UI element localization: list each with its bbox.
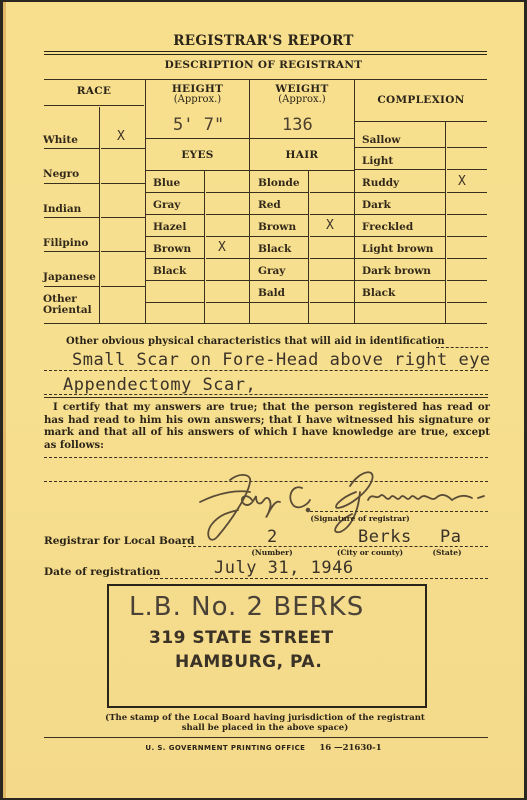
divider <box>355 236 445 237</box>
dotted-line <box>150 578 488 579</box>
race-negro-label: Negro <box>43 168 79 180</box>
complexion-sallow-label: Sallow <box>362 134 400 146</box>
divider <box>355 121 487 122</box>
divider <box>206 280 249 281</box>
divider <box>206 214 249 215</box>
divider <box>101 183 145 184</box>
divider <box>146 214 204 215</box>
complexion-ruddy-label: Ruddy <box>362 177 399 189</box>
divider <box>146 138 354 139</box>
divider <box>101 148 145 149</box>
divider <box>355 258 445 259</box>
characteristics-line-1[interactable]: Small Scar on Fore-Head above right eye <box>72 350 491 370</box>
section-subtitle: DESCRIPTION OF REGISTRANT <box>0 59 527 71</box>
table-bottom-rule <box>44 323 487 324</box>
stamp-line-1: L.B. No. 2 BERKS <box>129 592 364 622</box>
number-caption: (Number) <box>242 548 302 557</box>
race-indian-label: Indian <box>43 203 81 215</box>
divider <box>101 217 145 218</box>
title-rule-2 <box>44 54 487 55</box>
divider <box>204 170 205 323</box>
divider <box>250 236 308 237</box>
eyes-gray-label: Gray <box>153 199 180 211</box>
divider <box>250 258 308 259</box>
divider <box>250 192 308 193</box>
divider <box>310 192 354 193</box>
divider <box>146 236 204 237</box>
divider <box>206 258 249 259</box>
complexion-freckled-label: Freckled <box>362 221 413 233</box>
divider <box>355 302 445 303</box>
dotted-line <box>44 457 488 458</box>
hair-bald-label: Bald <box>258 287 285 299</box>
race-white-label: White <box>43 134 78 146</box>
divider <box>99 107 100 323</box>
county-caption: (City or county) <box>325 548 415 557</box>
race-other-oriental-label: Other Oriental <box>43 294 99 316</box>
complexion-black-label: Black <box>362 287 395 299</box>
height-header: HEIGHT(Approx.) <box>146 84 249 105</box>
local-board-county[interactable]: Berks <box>358 527 412 547</box>
divider <box>44 286 99 287</box>
divider <box>355 147 445 148</box>
divider <box>44 251 99 252</box>
document-title: REGISTRAR'S REPORT <box>0 33 527 49</box>
divider <box>250 214 308 215</box>
signature-caption: (Signature of registrar) <box>310 514 410 523</box>
characteristics-line-2[interactable]: Appendectomy Scar, <box>63 375 256 395</box>
race-white-checkbox[interactable]: X <box>117 129 125 144</box>
divider <box>145 80 146 323</box>
divider <box>101 251 145 252</box>
divider <box>447 214 487 215</box>
state-caption: (State) <box>422 548 472 557</box>
divider <box>146 258 204 259</box>
eyes-hazel-label: Hazel <box>153 221 186 233</box>
divider <box>249 80 250 323</box>
local-board-number[interactable]: 2 <box>267 527 278 547</box>
dotted-line <box>310 511 488 512</box>
divider <box>44 183 99 184</box>
divider <box>447 302 487 303</box>
divider <box>250 280 308 281</box>
printer-footer: U. S. GOVERNMENT PRINTING OFFICE16 —2163… <box>0 743 527 753</box>
registration-date-value[interactable]: July 31, 1946 <box>214 558 354 578</box>
divider <box>146 280 204 281</box>
eyes-brown-checkbox[interactable]: X <box>218 240 226 255</box>
divider <box>146 170 354 171</box>
table-top-rule <box>44 79 487 80</box>
complexion-light-label: Light <box>362 155 393 167</box>
eyes-blue-label: Blue <box>153 177 180 189</box>
complexion-dark-label: Dark <box>362 199 391 211</box>
divider <box>250 302 308 303</box>
complexion-header: COMPLEXION <box>355 94 487 106</box>
local-board-label: Registrar for Local Board <box>44 535 195 548</box>
hair-brown-label: Brown <box>258 221 296 233</box>
divider <box>447 169 487 170</box>
stamp-caption: (The stamp of the Local Board having jur… <box>60 713 470 733</box>
divider <box>355 280 445 281</box>
divider <box>310 258 354 259</box>
eyes-black-label: Black <box>153 265 186 277</box>
divider <box>310 302 354 303</box>
title-rule <box>44 51 487 52</box>
divider <box>44 105 144 106</box>
divider <box>310 280 354 281</box>
divider <box>146 192 204 193</box>
dotted-line <box>44 370 488 371</box>
hair-header: HAIR <box>250 149 354 161</box>
divider <box>206 236 249 237</box>
dotted-line <box>44 394 488 395</box>
local-board-stamp: L.B. No. 2 BERKS 319 STATE STREET HAMBUR… <box>107 584 427 708</box>
characteristics-label: Other obvious physical characteristics t… <box>66 336 445 349</box>
divider <box>354 80 355 323</box>
divider <box>308 170 309 323</box>
local-board-state[interactable]: Pa <box>440 527 461 547</box>
divider <box>355 192 445 193</box>
divider <box>447 236 487 237</box>
divider <box>355 214 445 215</box>
weight-header: WEIGHT(Approx.) <box>250 84 354 105</box>
divider <box>310 236 354 237</box>
complexion-dark-brown-label: Dark brown <box>362 265 431 277</box>
divider <box>146 302 204 303</box>
race-header: RACE <box>44 85 144 97</box>
stamp-line-3: HAMBURG, PA. <box>175 652 322 672</box>
race-filipino-label: Filipino <box>43 237 88 249</box>
divider <box>44 148 99 149</box>
hair-red-label: Red <box>258 199 281 211</box>
divider <box>206 302 249 303</box>
registration-date-label: Date of registration <box>44 566 160 579</box>
divider <box>447 280 487 281</box>
eyes-header: EYES <box>146 149 249 161</box>
stamp-line-2: 319 STATE STREET <box>149 628 334 648</box>
certification-text: I certify that my answers are true; that… <box>44 401 490 451</box>
hair-blonde-label: Blonde <box>258 177 300 189</box>
divider <box>44 397 488 398</box>
hair-black-label: Black <box>258 243 291 255</box>
height-value: 5' 7" <box>173 115 224 135</box>
divider <box>445 122 446 323</box>
footer-rule <box>44 737 488 738</box>
weight-value: 136 <box>282 115 313 135</box>
hair-gray-label: Gray <box>258 265 285 277</box>
hair-brown-checkbox[interactable]: X <box>326 218 334 233</box>
dotted-line <box>436 347 488 348</box>
complexion-ruddy-checkbox[interactable]: X <box>458 174 466 189</box>
divider <box>447 192 487 193</box>
complexion-light-brown-label: Light brown <box>362 243 433 255</box>
divider <box>206 192 249 193</box>
divider <box>447 258 487 259</box>
divider <box>447 147 487 148</box>
divider <box>101 286 145 287</box>
divider <box>44 217 99 218</box>
race-japanese-label: Japanese <box>43 271 96 283</box>
eyes-brown-label: Brown <box>153 243 191 255</box>
divider <box>310 214 354 215</box>
divider <box>355 169 445 170</box>
